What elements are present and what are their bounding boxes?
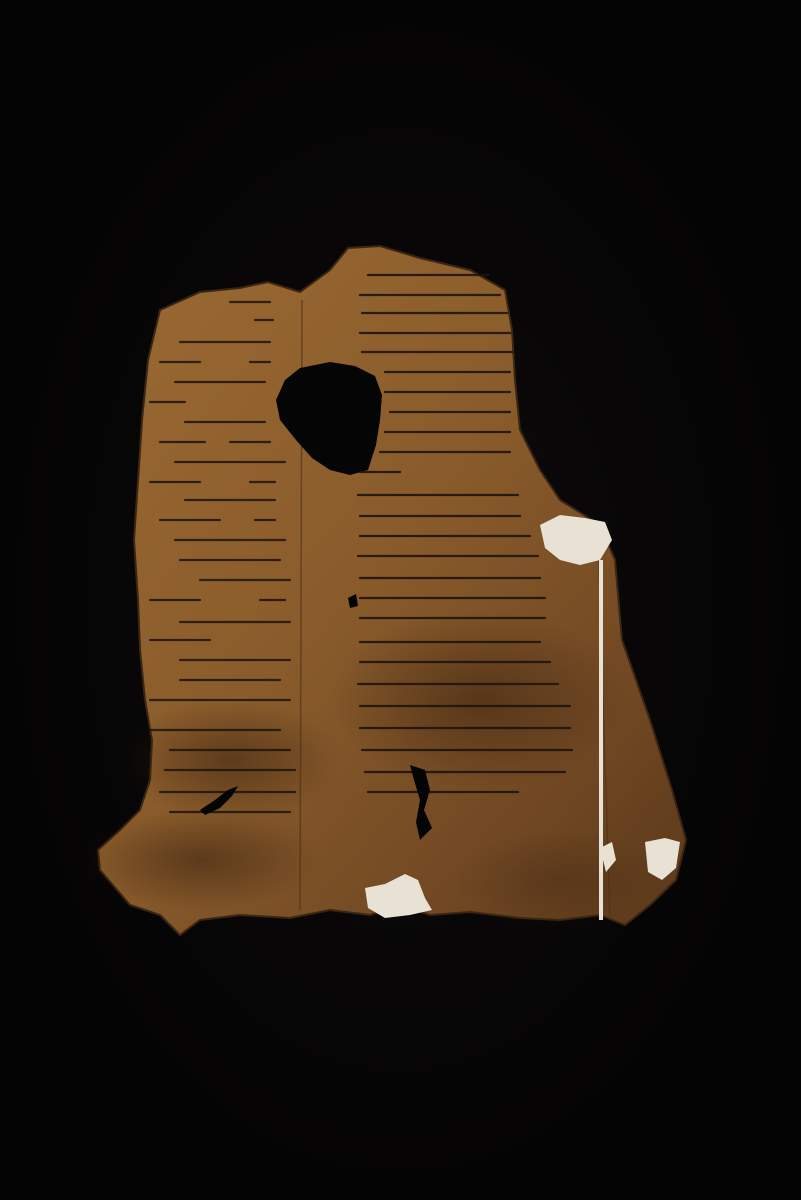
- photo-stage: [0, 0, 801, 1200]
- manuscript-fragment: [0, 0, 801, 1200]
- repair-strip: [599, 560, 603, 920]
